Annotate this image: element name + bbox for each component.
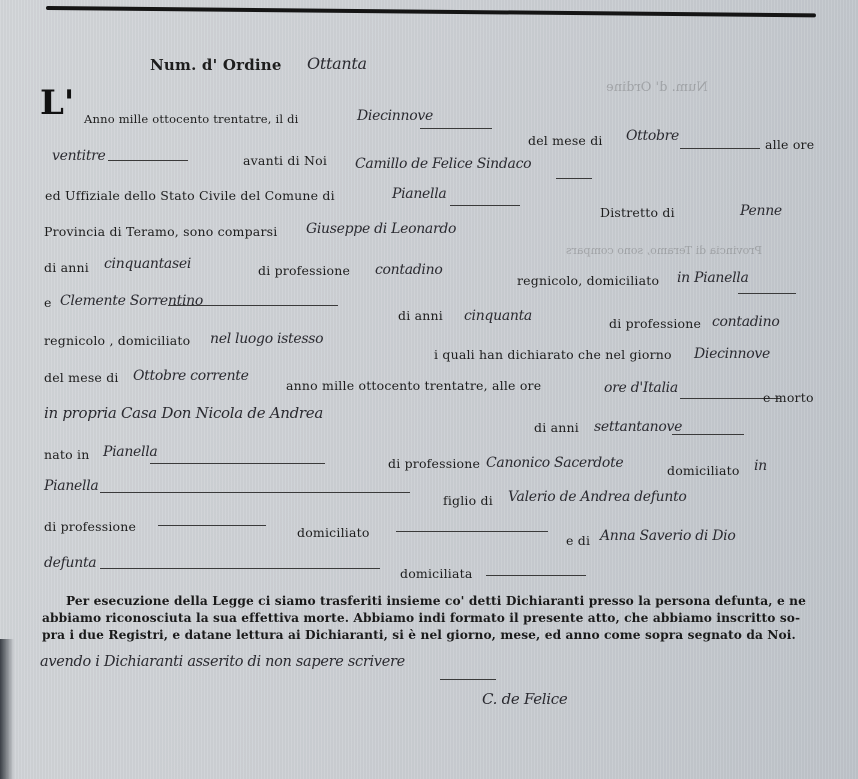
top-rule	[46, 6, 816, 17]
bleed-through-header: Num. d' Ordine	[606, 80, 708, 95]
year-text: Anno mille ottocento trentatre, il di	[84, 112, 299, 126]
fill-line	[168, 305, 338, 306]
district-value: Penne	[740, 203, 782, 219]
deceased-domicile-value-b: Pianella	[44, 478, 98, 494]
birthplace-value: Pianella	[103, 444, 157, 460]
declarant1-profession-value: contadino	[375, 262, 442, 278]
day-value: Diecinnove	[357, 108, 433, 124]
declarant2-profession-label: di professione	[609, 316, 701, 331]
hour-label: alle ore	[765, 137, 814, 152]
fill-line	[450, 205, 520, 206]
death-year-label: anno mille ottocento trentatre, alle ore	[286, 378, 541, 393]
before-us-label: avanti di Noi	[243, 153, 327, 168]
and-of-label: e di	[566, 533, 590, 548]
death-day-value: Diecinnove	[694, 346, 770, 362]
mother-status-value: defunta	[44, 555, 96, 571]
declared-label: i quali han dichiarato che nel giorno	[434, 347, 672, 362]
closing-line-3: pra i due Registri, e datane lettura ai …	[42, 627, 812, 644]
municipality-value: Pianella	[392, 186, 446, 202]
deceased-domicile-value-a: in	[754, 458, 767, 474]
order-number-value: Ottanta	[307, 54, 367, 73]
death-place-value: in propria Casa Don Nicola de Andrea	[44, 404, 323, 422]
fill-line	[108, 160, 188, 161]
declarant2-profession-value: contadino	[712, 314, 779, 330]
declarant1-profession-label: di professione	[258, 263, 350, 278]
bleed-through-province: Provincia di Teramo, sono compars	[566, 244, 762, 257]
deceased-profession-label: di professione	[388, 456, 480, 471]
municipality-label: ed Uffiziale dello Stato Civile del Comu…	[45, 188, 335, 203]
fill-line	[150, 463, 325, 464]
order-number-label: Num. d' Ordine	[150, 56, 282, 74]
declarant1-domicile-label: regnicolo, domiciliato	[517, 273, 659, 288]
fill-line	[738, 293, 796, 294]
mother-domicile-label: domiciliata	[400, 566, 473, 581]
and-label: e	[44, 295, 52, 310]
declarant1-domicile-value: in Pianella	[677, 270, 749, 286]
declarant2-domicile-value: nel luogo istesso	[210, 331, 323, 347]
month-label: del mese di	[528, 133, 603, 148]
declarant2-age-label: di anni	[398, 308, 443, 323]
declarant2-domicile-label: regnicolo , domiciliato	[44, 333, 190, 348]
birthplace-label: nato in	[44, 447, 89, 462]
death-month-value: Ottobre corrente	[133, 368, 249, 384]
fill-line	[158, 525, 266, 526]
official-signature: C. de Felice	[482, 690, 567, 708]
closing-line-2: abbiamo riconosciuta la sua effettiva mo…	[42, 610, 812, 627]
province-label: Provincia di Teramo, sono comparsi	[44, 224, 277, 239]
hour-value: ventitre	[52, 148, 106, 164]
handwritten-note: avendo i Dichiaranti asserito di non sap…	[40, 654, 405, 670]
month-value: Ottobre	[626, 128, 679, 144]
deceased-age-label: di anni	[534, 420, 579, 435]
closing-line-1: Per esecuzione della Legge ci siamo tras…	[42, 593, 812, 610]
father-profession-label: di professione	[44, 519, 136, 534]
fill-line	[440, 679, 496, 680]
declarant1-age-label: di anni	[44, 260, 89, 275]
death-hour-value: ore d'Italia	[604, 380, 678, 396]
fill-line	[396, 531, 548, 532]
declarant2-name: Clemente Sorrentino	[60, 293, 203, 309]
deceased-profession-value: Canonico Sacerdote	[486, 455, 623, 471]
fill-line	[100, 568, 380, 569]
father-value: Valerio de Andrea defunto	[508, 489, 687, 505]
fill-line	[672, 434, 744, 435]
declarant1-age-value: cinquantasei	[104, 256, 191, 272]
death-month-label: del mese di	[44, 370, 119, 385]
declarant2-age-value: cinquanta	[464, 308, 532, 324]
fill-line	[556, 178, 592, 179]
official-value: Camillo de Felice Sindaco	[355, 156, 531, 172]
fill-line	[680, 148, 760, 149]
dead-label: e morto	[763, 390, 814, 405]
son-of-label: figlio di	[443, 493, 493, 508]
fill-line	[486, 575, 586, 576]
father-domicile-label: domiciliato	[297, 525, 370, 540]
fill-line	[420, 128, 492, 129]
initial-letter: L'	[40, 86, 74, 120]
scan-edge-shadow	[0, 639, 14, 779]
district-label: Distretto di	[600, 205, 675, 220]
declarant1-name: Giuseppe di Leonardo	[306, 221, 456, 237]
deceased-age-value: settantanove	[594, 419, 682, 435]
death-record-page: Num. d' Ordine Provincia di Teramo, sono…	[0, 0, 858, 779]
mother-value: Anna Saverio di Dio	[600, 528, 735, 544]
deceased-domicile-label: domiciliato	[667, 463, 740, 478]
fill-line	[100, 492, 410, 493]
